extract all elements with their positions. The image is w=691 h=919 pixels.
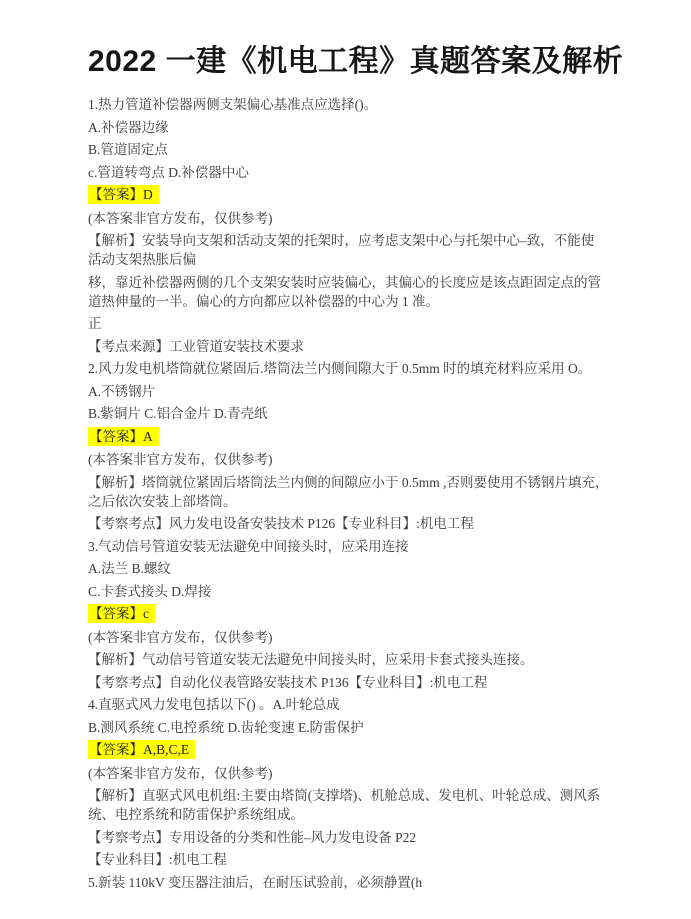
document-body: 1.热力管道补偿器两侧支架偏心基准点应选择()。A.补偿器边缘B.管道固定点c.… [88,95,615,892]
q4-analysis: 【解析】直驱式风电机组:主要由塔筒(支撑塔)、机舱总成、发电机、叶轮总成、测风系… [88,786,615,824]
question-4: 4.直驱式风力发电包括以下() 。A.叶轮总成 [88,695,615,714]
answer-highlight: 【答案】c [88,604,155,623]
q4-subject: 【专业科目】:机电工程 [88,850,615,869]
q1-option-cd: c.管道转弯点 D.补偿器中心 [88,163,615,182]
q4-option-be: B.测风系统 C.电控系统 D.齿轮变速 E.防雷保护 [88,718,615,737]
q2-source: 【考察考点】风力发电设备安装技术 P126【专业科目】:机电工程 [88,514,615,533]
question-1: 1.热力管道补偿器两侧支架偏心基准点应选择()。 [88,95,615,114]
question-3: 3.气动信号管道安装无法避免中间接头时，应采用连接 [88,537,615,556]
q1-analysis: 【解析】安装导向支架和活动支架的托架时，应考虑支架中心与托架中心–致，不能使活动… [88,231,615,269]
q3-source: 【考察考点】自动化仪表管路安装技术 P136【专业科目】:机电工程 [88,673,615,692]
q1-source: 【考点来源】工业管道安装技术要求 [88,337,615,356]
q4-answer: 【答案】A,B,C,E [88,740,615,759]
q1-answer: 【答案】D [88,185,615,204]
answer-highlight: 【答案】D [88,185,159,204]
q3-disclaimer: (本答案非官方发布，仅供参考) [88,628,615,647]
q1-stray-text: 正 [88,314,615,333]
document-page: 2022 一建《机电工程》真题答案及解析 1.热力管道补偿器两侧支架偏心基准点应… [0,0,691,919]
q2-option-a: A.不锈钢片 [88,382,615,401]
q1-option-b: B.管道固定点 [88,140,615,159]
q2-option-bcd: B.紫铜片 C.铝合金片 D.青壳纸 [88,404,615,423]
q2-disclaimer: (本答案非官方发布，仅供参考) [88,450,615,469]
q4-disclaimer: (本答案非官方发布，仅供参考) [88,764,615,783]
q2-answer: 【答案】A [88,427,615,446]
q3-option-cd: C.卡套式接头 D.焊接 [88,582,615,601]
q3-analysis: 【解析】气动信号管道安装无法避免中间接头时，应采用卡套式接头连接。 [88,650,615,669]
q3-answer: 【答案】c [88,604,615,623]
q4-source: 【考察考点】专用设备的分类和性能–风力发电设备 P22 [88,828,615,847]
question-2: 2.风力发电机塔筒就位紧固后.塔筒法兰内侧间隙大于 0.5mm 时的填充材料应采… [88,359,615,378]
q3-option-ab: A.法兰 B.螺纹 [88,559,615,578]
document-title: 2022 一建《机电工程》真题答案及解析 [88,44,615,80]
q2-analysis: 【解析】塔筒就位紧固后塔筒法兰内侧的间隙应小于 0.5mm ,否则要使用不锈钢片… [88,473,615,511]
answer-highlight: 【答案】A [88,427,159,446]
q1-option-a: A.补偿器边缘 [88,118,615,137]
answer-highlight: 【答案】A,B,C,E [88,740,195,759]
question-5: 5.新装 110kV 变压器注油后，在耐压试验前，必须静置(h [88,873,615,892]
q1-disclaimer: (本答案非官方发布，仅供参考) [88,209,615,228]
q1-analysis-continued: 移，靠近补偿器两侧的几个支架安装时应装偏心，其偏心的长度应是该点距固定点的管道热… [88,273,615,311]
